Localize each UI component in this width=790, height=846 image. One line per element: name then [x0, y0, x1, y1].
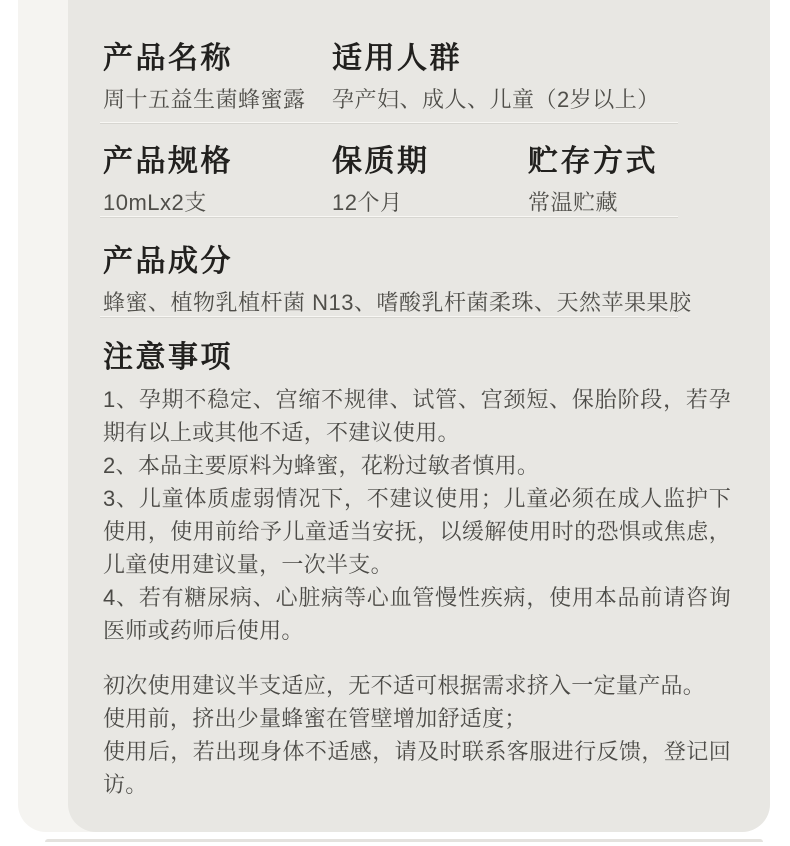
notice-item-2: 2、本品主要原料为蜂蜜，花粉过敏者慎用。 [103, 449, 731, 482]
ingredients-label: 产品成分 [103, 243, 691, 281]
specification-label: 产品规格 [103, 143, 233, 181]
notice-item-3: 3、儿童体质虚弱情况下，不建议使用；儿童必须在成人监护下使用，使用前给予儿童适当… [103, 482, 731, 581]
notice-section-title: 注意事项 [103, 339, 233, 377]
product-name-label: 产品名称 [103, 40, 306, 78]
notice-item-1: 1、孕期不稳定、宫缩不规律、试管、宫颈短、保胎阶段，若孕期有以上或其他不适，不建… [103, 383, 731, 449]
spec-cell-shelf-life: 保质期 12个月 [332, 143, 430, 217]
usage-tips-block: 初次使用建议半支适应，无不适可根据需求挤入一定量产品。 使用前，挤出少量蜂蜜在管… [103, 669, 731, 801]
notice-section-body: 1、孕期不稳定、宫缩不规律、试管、宫颈短、保胎阶段，若孕期有以上或其他不适，不建… [103, 383, 731, 801]
usage-tip-3: 使用后，若出现身体不适感，请及时联系客服进行反馈，登记回访。 [103, 735, 731, 801]
storage-value: 常温贮藏 [528, 189, 658, 217]
spec-cell-storage: 贮存方式 常温贮藏 [528, 143, 658, 217]
product-info-card: 产品名称 周十五益生菌蜂蜜露 适用人群 孕产妇、成人、儿童（2岁以上） 产品规格… [68, 0, 770, 832]
spec-cell-audience: 适用人群 孕产妇、成人、儿童（2岁以上） [332, 40, 660, 114]
spec-cell-specification: 产品规格 10mLx2支 [103, 143, 233, 217]
shelf-life-value: 12个月 [332, 189, 430, 217]
usage-tip-1: 初次使用建议半支适应，无不适可根据需求挤入一定量产品。 [103, 669, 731, 702]
storage-label: 贮存方式 [528, 143, 658, 181]
spec-cell-ingredients: 产品成分 蜂蜜、植物乳植杆菌 N13、嗜酸乳杆菌柔珠、天然苹果果胶 [103, 243, 691, 317]
section-divider [100, 122, 678, 124]
usage-tip-2: 使用前，挤出少量蜂蜜在管壁增加舒适度； [103, 702, 731, 735]
spec-cell-product-name: 产品名称 周十五益生菌蜂蜜露 [103, 40, 306, 114]
audience-label: 适用人群 [332, 40, 660, 78]
section-divider [100, 216, 678, 218]
audience-value: 孕产妇、成人、儿童（2岁以上） [332, 86, 660, 114]
notice-item-4: 4、若有糖尿病、心脏病等心血管慢性疾病，使用本品前请咨询医师或药师后使用。 [103, 581, 731, 647]
next-card-top-edge [45, 839, 763, 842]
shelf-life-label: 保质期 [332, 143, 430, 181]
product-name-value: 周十五益生菌蜂蜜露 [103, 86, 306, 114]
section-divider [100, 316, 678, 318]
ingredients-value: 蜂蜜、植物乳植杆菌 N13、嗜酸乳杆菌柔珠、天然苹果果胶 [103, 289, 691, 317]
specification-value: 10mLx2支 [103, 189, 233, 217]
